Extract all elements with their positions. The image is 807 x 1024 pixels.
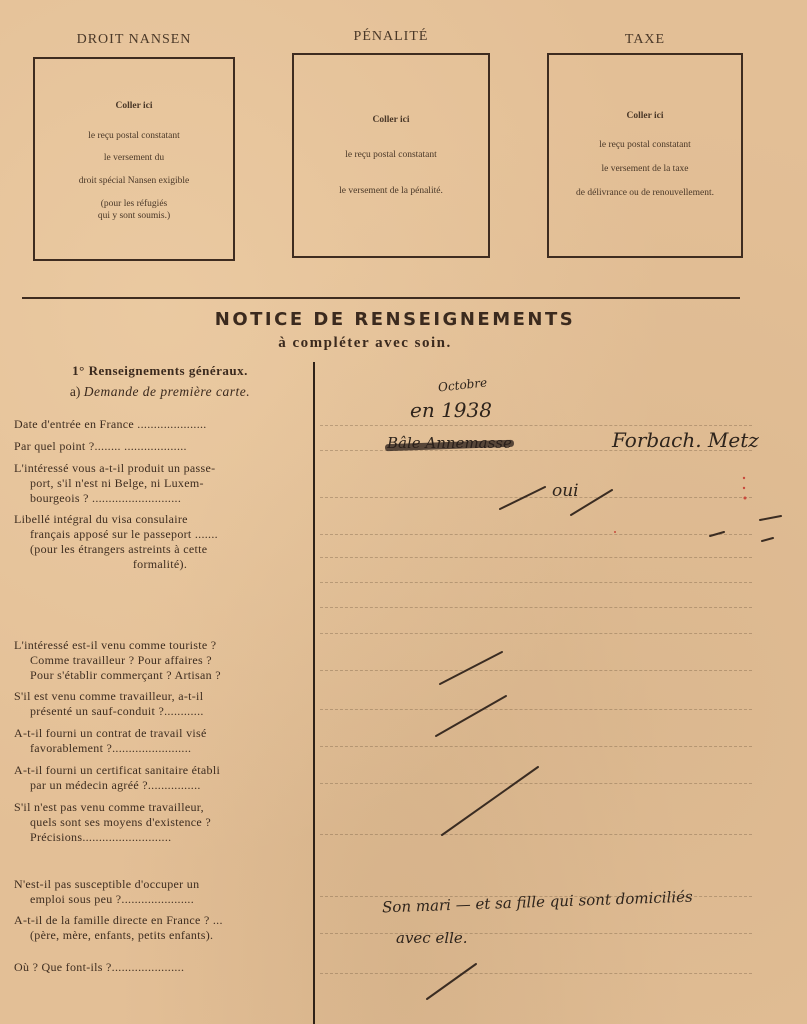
- answer-date-entree: en 1938: [410, 398, 492, 422]
- answer-line: [320, 834, 752, 835]
- question-emploi: N'est-il pas susceptible d'occuper un em…: [14, 877, 306, 907]
- answer-line: [320, 425, 752, 426]
- answer-line: [320, 670, 752, 671]
- question-motif: L'intéressé est-il venu comme touriste ?…: [14, 638, 306, 683]
- question-line: Où ? Que font-ils ?.....................…: [14, 960, 184, 974]
- stamp-box-droit-nansen: Coller ici le reçu postal constatant le …: [33, 57, 235, 261]
- answer-point: Forbach. Metz: [612, 428, 759, 452]
- answer-line: [320, 709, 752, 710]
- box-note: (pour les réfugiés: [101, 198, 167, 210]
- answer-famille-cont: avec elle.: [396, 929, 468, 947]
- section-sub-title: Demande de première carte.: [84, 384, 250, 399]
- section-title: 1° Renseignements généraux.: [0, 363, 320, 379]
- section-title-text: Renseignements généraux.: [89, 363, 248, 378]
- answer-famille: Son mari — et sa fille qui sont domicili…: [382, 888, 693, 917]
- question-passeport: L'intéressé vous a-t-il produit un passe…: [14, 461, 306, 506]
- dash-stroke: [442, 767, 538, 835]
- question-line: bourgeois ? ...........................: [14, 491, 306, 506]
- question-line: (pour les étrangers astreints à cette: [14, 542, 306, 557]
- question-line: Libellé intégral du visa consulaire: [14, 512, 306, 527]
- answer-point-struck: Bâle Annemasse: [387, 434, 512, 452]
- question-line: N'est-il pas susceptible d'occuper un: [14, 877, 306, 892]
- box-title-penalite: PÉNALITÉ: [292, 29, 490, 45]
- question-line: A-t-il fourni un certificat sanitaire ét…: [14, 763, 306, 778]
- question-line: A-t-il fourni un contrat de travail visé: [14, 726, 306, 741]
- question-line: par un médecin agréé ?................: [14, 778, 306, 793]
- question-date-entree: Date d'entrée en France ................…: [14, 417, 306, 432]
- section-number: 1°: [72, 363, 85, 378]
- question-line: A-t-il de la famille directe en France ?…: [14, 913, 306, 928]
- box-line: le versement du: [104, 152, 164, 164]
- question-line: (père, mère, enfants, petits enfants).: [14, 928, 306, 943]
- dash-stroke: [427, 964, 476, 999]
- answer-line: [320, 973, 752, 974]
- section-subtitle: a) Demande de première carte.: [0, 384, 320, 400]
- box-line: le reçu postal constatant: [88, 130, 180, 142]
- question-certificat: A-t-il fourni un certificat sanitaire ét…: [14, 763, 306, 793]
- question-ou: Où ? Que font-ils ?.....................…: [14, 960, 306, 975]
- answer-line: [320, 633, 752, 634]
- box-line: le versement de la pénalité.: [339, 185, 443, 197]
- question-line: L'intéressé vous a-t-il produit un passe…: [14, 461, 306, 476]
- column-divider: [313, 362, 315, 1024]
- struck-text: Bâle Annemasse: [387, 434, 512, 452]
- box-line: de délivrance ou de renouvellement.: [576, 187, 714, 199]
- box-title-taxe: TAXE: [547, 32, 743, 48]
- question-line: emploi sous peu ?......................: [14, 892, 306, 907]
- question-famille: A-t-il de la famille directe en France ?…: [14, 913, 306, 943]
- stamp-box-taxe: Coller ici le reçu postal constatant le …: [547, 53, 743, 258]
- question-line: Pour s'établir commerçant ? Artisan ?: [14, 668, 306, 683]
- dash-stroke: [436, 696, 506, 736]
- question-line: favorablement ?........................: [14, 741, 306, 756]
- question-moyens: S'il n'est pas venu comme travailleur, q…: [14, 800, 306, 845]
- horizontal-divider: [22, 297, 740, 299]
- answer-line: [320, 557, 752, 558]
- answer-line: [320, 534, 752, 535]
- question-line: L'intéressé est-il venu comme touriste ?: [14, 638, 306, 653]
- box-line: droit spécial Nansen exigible: [79, 175, 190, 187]
- question-contrat: A-t-il fourni un contrat de travail visé…: [14, 726, 306, 756]
- notice-subtitle: à compléter avec soin.: [0, 335, 730, 352]
- question-line: port, s'il n'est ni Belge, ni Luxem-: [14, 476, 306, 491]
- question-line: Par quel point ?........ ...............…: [14, 439, 187, 453]
- box-line: le versement de la taxe: [601, 163, 688, 175]
- question-line: S'il n'est pas venu comme travailleur,: [14, 800, 306, 815]
- question-line: français apposé sur le passeport .......: [14, 527, 306, 542]
- question-line: Précisions...........................: [14, 830, 306, 845]
- stamp-box-penalite: Coller ici le reçu postal constatant le …: [292, 53, 490, 258]
- answer-line: [320, 497, 752, 498]
- box-line: le reçu postal constatant: [599, 139, 691, 151]
- question-line: présenté un sauf-conduit ?............: [14, 704, 306, 719]
- question-line: formalité).: [14, 557, 306, 572]
- section-sub-prefix: a): [70, 384, 81, 399]
- question-visa: Libellé intégral du visa consulaire fran…: [14, 512, 306, 572]
- answer-line: [320, 582, 752, 583]
- answer-passeport: oui: [552, 481, 579, 501]
- question-line: Date d'entrée en France ................…: [14, 417, 207, 431]
- answer-line: [320, 746, 752, 747]
- answer-month-insert: Octobre: [437, 375, 487, 394]
- answer-line: [320, 607, 752, 608]
- box-line: Coller ici: [115, 100, 152, 112]
- box-title-droit-nansen: DROIT NANSEN: [33, 32, 235, 48]
- box-note: qui y sont soumis.): [98, 210, 170, 222]
- question-line: S'il est venu comme travailleur, a-t-il: [14, 689, 306, 704]
- question-line: Comme travailleur ? Pour affaires ?: [14, 653, 306, 668]
- question-point: Par quel point ?........ ...............…: [14, 439, 306, 454]
- box-line: Coller ici: [372, 114, 409, 126]
- dash-stroke: [440, 652, 502, 684]
- answer-line: [320, 933, 752, 934]
- question-line: quels sont ses moyens d'existence ?: [14, 815, 306, 830]
- dash-stroke: [500, 487, 545, 509]
- notice-title: NOTICE DE RENSEIGNEMENTS: [0, 309, 790, 330]
- question-sauf-conduit: S'il est venu comme travailleur, a-t-il …: [14, 689, 306, 719]
- box-line: Coller ici: [626, 110, 663, 122]
- answer-line: [320, 783, 752, 784]
- box-line: le reçu postal constatant: [345, 149, 437, 161]
